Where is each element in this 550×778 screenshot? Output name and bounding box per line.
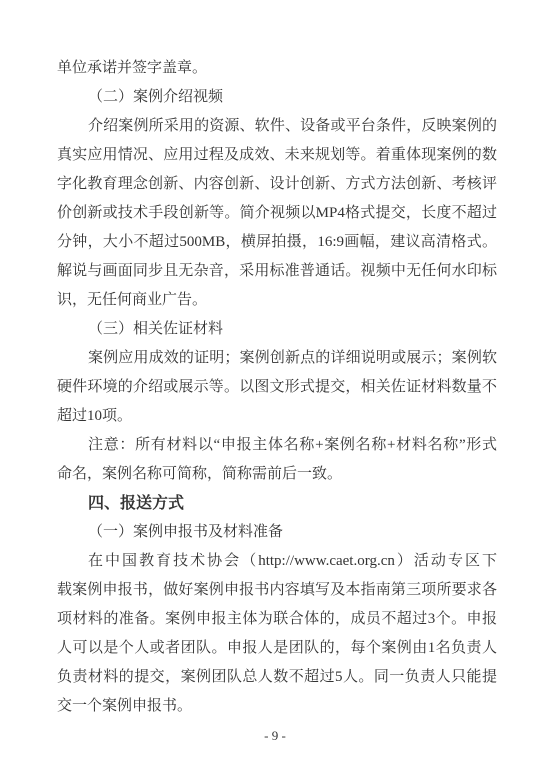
text-line: 字化教育理念创新、内容创新、设计创新、方式方法创新、考核评: [57, 170, 497, 199]
text-line: 识，无任何商业广告。: [57, 286, 497, 315]
text-line: 介绍案例所采用的资源、软件、设备或平台条件，反映案例的: [57, 112, 497, 141]
text-line: 负责材料的提交，案例团队总人数不超过5人。同一负责人只能提: [57, 663, 497, 692]
text-line: 超过10项。: [57, 402, 497, 431]
subsection-heading: （三）相关佐证材料: [57, 315, 497, 344]
subsection-heading: （一）案例申报书及材料准备: [57, 518, 497, 547]
text-line: 价创新或技术手段创新等。简介视频以MP4格式提交，长度不超过8: [57, 199, 497, 228]
text-line: 交一个案例申报书。: [57, 692, 497, 721]
text-line: 项材料的准备。案例申报主体为联合体的，成员不超过3个。申报: [57, 605, 497, 634]
text-line: 人可以是个人或者团队。申报人是团队的，每个案例由1名负责人: [57, 634, 497, 663]
document-body: 单位承诺并签字盖章。（二）案例介绍视频介绍案例所采用的资源、软件、设备或平台条件…: [57, 54, 497, 721]
text-line: 硬件环境的介绍或展示等。以图文形式提交，相关佐证材料数量不: [57, 373, 497, 402]
text-line: 命名，案例名称可简称，简称需前后一致。: [57, 460, 497, 489]
subsection-heading: （二）案例介绍视频: [57, 83, 497, 112]
section-heading: 四、报送方式: [57, 489, 497, 518]
document-page: 单位承诺并签字盖章。（二）案例介绍视频介绍案例所采用的资源、软件、设备或平台条件…: [0, 0, 550, 778]
page-number: - 9 -: [0, 726, 550, 746]
text-line: 载案例申报书，做好案例申报书内容填写及本指南第三项所要求各: [57, 576, 497, 605]
text-line: 解说与画面同步且无杂音，采用标准普通话。视频中无任何水印标: [57, 257, 497, 286]
text-line: 在中国教育技术协会（http://www.caet.org.cn）活动专区下: [57, 547, 497, 576]
text-line: 真实应用情况、应用过程及成效、未来规划等。着重体现案例的数: [57, 141, 497, 170]
text-line: 案例应用成效的证明；案例创新点的详细说明或展示；案例软: [57, 344, 497, 373]
text-line: 分钟，大小不超过500MB，横屏拍摄，16:9画幅，建议高清格式。: [57, 228, 497, 257]
text-line: 注意：所有材料以“申报主体名称+案例名称+材料名称”形式: [57, 431, 497, 460]
text-line: 单位承诺并签字盖章。: [57, 54, 497, 83]
